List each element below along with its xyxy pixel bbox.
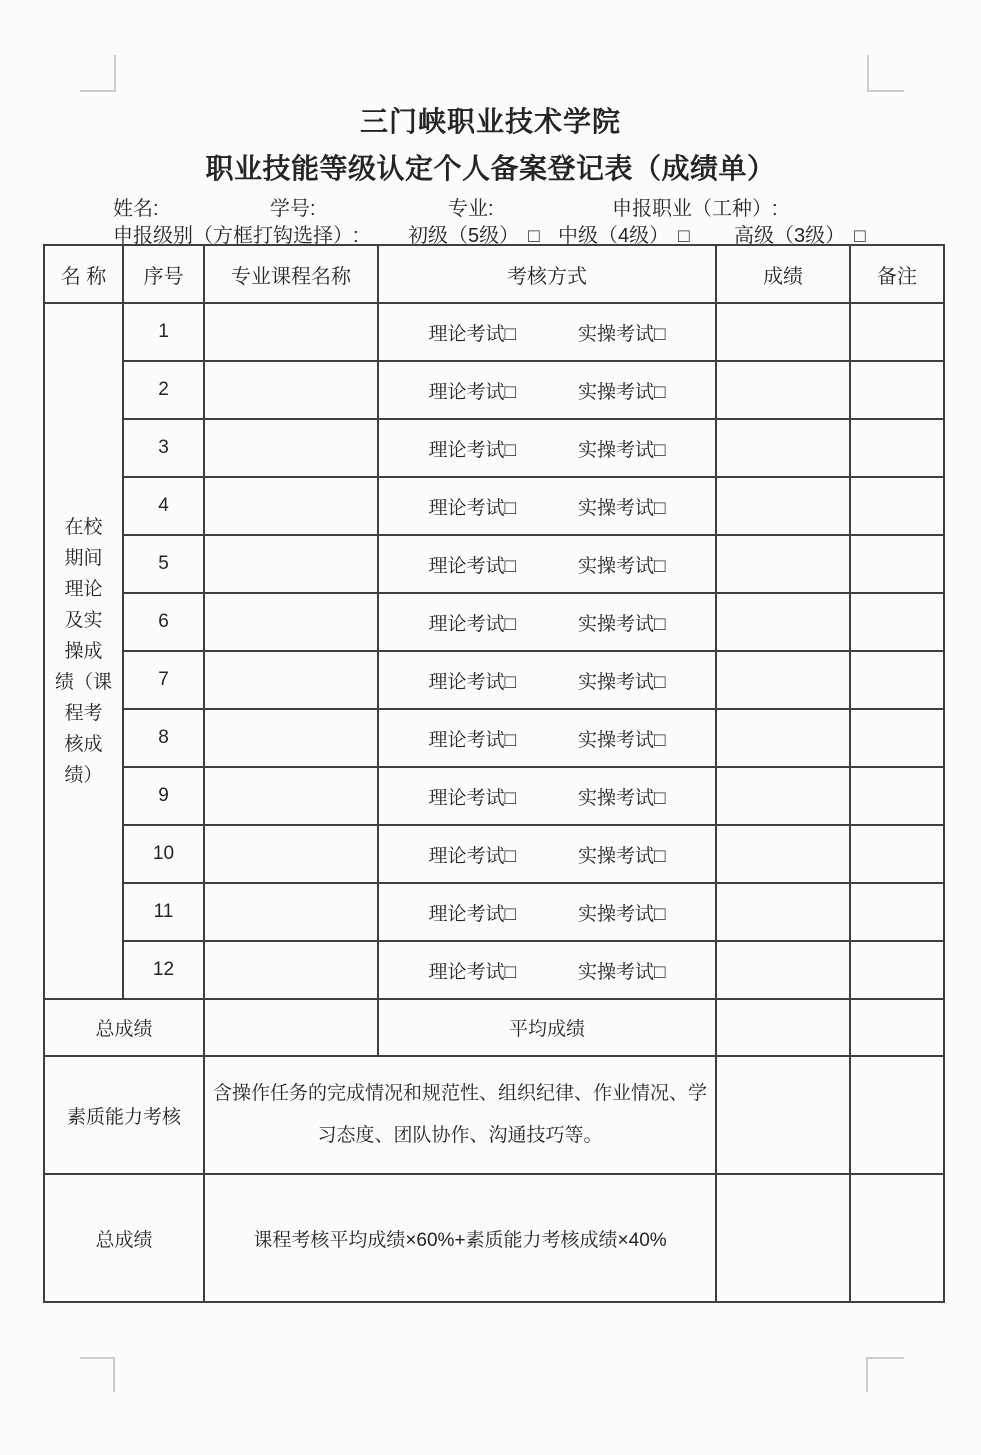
theory-exam-checkbox: 理论考试□ — [429, 783, 516, 810]
document-page: 三门峡职业技术学院 职业技能等级认定个人备案登记表（成绩单） 姓名: 学号: 专… — [0, 0, 981, 1455]
info-line-1: 姓名: 学号: 专业: 申报职业（工种）: — [0, 192, 981, 218]
score-cell — [716, 767, 850, 825]
seq-cell: 5 — [123, 535, 204, 593]
exam-method-cell: 理论考试□实操考试□ — [378, 477, 716, 535]
score-cell — [716, 825, 850, 883]
seq-cell: 3 — [123, 419, 204, 477]
table-row: 3 理论考试□实操考试□ — [44, 419, 944, 477]
remark-cell — [850, 535, 944, 593]
practice-exam-checkbox: 实操考试□ — [578, 435, 665, 462]
practice-exam-checkbox: 实操考试□ — [578, 957, 665, 984]
remark-cell — [850, 1174, 944, 1302]
seq-cell: 6 — [123, 593, 204, 651]
exam-method-cell: 理论考试□实操考试□ — [378, 303, 716, 361]
group-label: 在校 期间 理论 及实 操成 绩（课 程考 核成 绩） — [45, 512, 122, 791]
theory-exam-checkbox: 理论考试□ — [429, 725, 516, 752]
header-course: 专业课程名称 — [204, 245, 378, 303]
practice-exam-checkbox: 实操考试□ — [578, 551, 665, 578]
course-name-cell — [204, 303, 378, 361]
theory-exam-checkbox: 理论考试□ — [429, 667, 516, 694]
course-name-cell — [204, 477, 378, 535]
final-score-formula: 课程考核平均成绩×60%+素质能力考核成绩×40% — [204, 1174, 716, 1302]
final-score-label: 总成绩 — [44, 1174, 204, 1302]
corner-mark-top-left — [80, 55, 116, 92]
remark-cell — [850, 767, 944, 825]
score-cell — [716, 1174, 850, 1302]
remark-cell — [850, 709, 944, 767]
course-name-cell — [204, 419, 378, 477]
header-seq: 序号 — [123, 245, 204, 303]
seq-cell: 9 — [123, 767, 204, 825]
remark-cell — [850, 883, 944, 941]
exam-method-cell: 理论考试□实操考试□ — [378, 593, 716, 651]
remark-cell — [850, 1056, 944, 1174]
remark-cell — [850, 999, 944, 1056]
theory-exam-checkbox: 理论考试□ — [429, 435, 516, 462]
exam-method-cell: 理论考试□实操考试□ — [378, 825, 716, 883]
seq-cell: 4 — [123, 477, 204, 535]
exam-method-cell: 理论考试□实操考试□ — [378, 651, 716, 709]
theory-exam-checkbox: 理论考试□ — [429, 493, 516, 520]
score-cell — [716, 535, 850, 593]
practice-exam-checkbox: 实操考试□ — [578, 667, 665, 694]
course-name-cell — [204, 593, 378, 651]
theory-exam-checkbox: 理论考试□ — [429, 551, 516, 578]
remark-cell — [850, 419, 944, 477]
seq-cell: 8 — [123, 709, 204, 767]
score-cell — [716, 1056, 850, 1174]
table-row: 2 理论考试□实操考试□ — [44, 361, 944, 419]
table-row: 7 理论考试□实操考试□ — [44, 651, 944, 709]
total-score-row: 总成绩 平均成绩 — [44, 999, 944, 1056]
score-cell — [716, 651, 850, 709]
theory-exam-checkbox: 理论考试□ — [429, 899, 516, 926]
course-name-cell — [204, 535, 378, 593]
score-table: 名 称 序号 专业课程名称 考核方式 成绩 备注 在校 期间 理论 及实 操成 … — [43, 244, 945, 1303]
practice-exam-checkbox: 实操考试□ — [578, 725, 665, 752]
table-row: 11 理论考试□实操考试□ — [44, 883, 944, 941]
score-cell — [716, 419, 850, 477]
average-score-label: 平均成绩 — [378, 999, 716, 1056]
score-cell — [716, 883, 850, 941]
practice-exam-checkbox: 实操考试□ — [578, 899, 665, 926]
practice-exam-checkbox: 实操考试□ — [578, 377, 665, 404]
course-name-cell — [204, 825, 378, 883]
course-name-cell — [204, 767, 378, 825]
theory-exam-checkbox: 理论考试□ — [429, 609, 516, 636]
course-name-cell — [204, 883, 378, 941]
course-name-cell — [204, 709, 378, 767]
exam-method-cell: 理论考试□实操考试□ — [378, 941, 716, 999]
table-header-row: 名 称 序号 专业课程名称 考核方式 成绩 备注 — [44, 245, 944, 303]
school-title: 三门峡职业技术学院 — [0, 100, 981, 140]
header-remark: 备注 — [850, 245, 944, 303]
practice-exam-checkbox: 实操考试□ — [578, 319, 665, 346]
group-label-cell: 在校 期间 理论 及实 操成 绩（课 程考 核成 绩） — [44, 303, 123, 999]
name-label: 姓名: — [113, 192, 159, 221]
exam-method-cell: 理论考试□实操考试□ — [378, 419, 716, 477]
score-cell — [716, 477, 850, 535]
theory-exam-checkbox: 理论考试□ — [429, 377, 516, 404]
remark-cell — [850, 303, 944, 361]
seq-cell: 10 — [123, 825, 204, 883]
occupation-label: 申报职业（工种）: — [612, 192, 778, 221]
exam-method-cell: 理论考试□实操考试□ — [378, 883, 716, 941]
quality-assessment-description: 含操作任务的完成情况和规范性、组织纪律、作业情况、学习态度、团队协作、沟通技巧等… — [204, 1056, 716, 1174]
header-score: 成绩 — [716, 245, 850, 303]
corner-mark-top-right — [867, 55, 904, 92]
table-row: 9 理论考试□实操考试□ — [44, 767, 944, 825]
remark-cell — [850, 651, 944, 709]
remark-cell — [850, 477, 944, 535]
seq-cell: 12 — [123, 941, 204, 999]
course-name-cell — [204, 941, 378, 999]
student-id-label: 学号: — [270, 192, 316, 221]
header-exam-method: 考核方式 — [378, 245, 716, 303]
major-label: 专业: — [448, 192, 494, 221]
exam-method-cell: 理论考试□实操考试□ — [378, 535, 716, 593]
score-cell — [716, 593, 850, 651]
total-score-label: 总成绩 — [44, 999, 204, 1056]
table-row: 4 理论考试□实操考试□ — [44, 477, 944, 535]
exam-method-cell: 理论考试□实操考试□ — [378, 767, 716, 825]
table-row: 5 理论考试□实操考试□ — [44, 535, 944, 593]
theory-exam-checkbox: 理论考试□ — [429, 319, 516, 346]
practice-exam-checkbox: 实操考试□ — [578, 609, 665, 636]
table-row: 8 理论考试□实操考试□ — [44, 709, 944, 767]
practice-exam-checkbox: 实操考试□ — [578, 493, 665, 520]
score-cell — [716, 999, 850, 1056]
exam-method-cell: 理论考试□实操考试□ — [378, 709, 716, 767]
final-score-row: 总成绩 课程考核平均成绩×60%+素质能力考核成绩×40% — [44, 1174, 944, 1302]
header-name: 名 称 — [44, 245, 123, 303]
remark-cell — [850, 825, 944, 883]
table-row: 12 理论考试□实操考试□ — [44, 941, 944, 999]
score-cell — [716, 303, 850, 361]
table-row: 在校 期间 理论 及实 操成 绩（课 程考 核成 绩） 1 理论考试□实操考试□ — [44, 303, 944, 361]
seq-cell: 11 — [123, 883, 204, 941]
corner-mark-bottom-left — [80, 1357, 115, 1392]
score-cell — [716, 709, 850, 767]
score-cell — [716, 361, 850, 419]
theory-exam-checkbox: 理论考试□ — [429, 957, 516, 984]
corner-mark-bottom-right — [866, 1357, 904, 1392]
remark-cell — [850, 361, 944, 419]
score-cell — [716, 941, 850, 999]
practice-exam-checkbox: 实操考试□ — [578, 783, 665, 810]
seq-cell: 2 — [123, 361, 204, 419]
theory-exam-checkbox: 理论考试□ — [429, 841, 516, 868]
table-row: 6 理论考试□实操考试□ — [44, 593, 944, 651]
info-line-2: 申报级别（方框打钩选择）: 初级（5级）□ 中级（4级）□ 高级（3级）□ — [0, 219, 981, 245]
course-name-cell — [204, 651, 378, 709]
remark-cell — [850, 941, 944, 999]
course-name-cell — [204, 999, 378, 1056]
form-title: 职业技能等级认定个人备案登记表（成绩单） — [0, 147, 981, 187]
quality-assessment-label: 素质能力考核 — [44, 1056, 204, 1174]
course-name-cell — [204, 361, 378, 419]
seq-cell: 1 — [123, 303, 204, 361]
quality-assessment-row: 素质能力考核 含操作任务的完成情况和规范性、组织纪律、作业情况、学习态度、团队协… — [44, 1056, 944, 1174]
practice-exam-checkbox: 实操考试□ — [578, 841, 665, 868]
seq-cell: 7 — [123, 651, 204, 709]
table-row: 10 理论考试□实操考试□ — [44, 825, 944, 883]
exam-method-cell: 理论考试□实操考试□ — [378, 361, 716, 419]
remark-cell — [850, 593, 944, 651]
